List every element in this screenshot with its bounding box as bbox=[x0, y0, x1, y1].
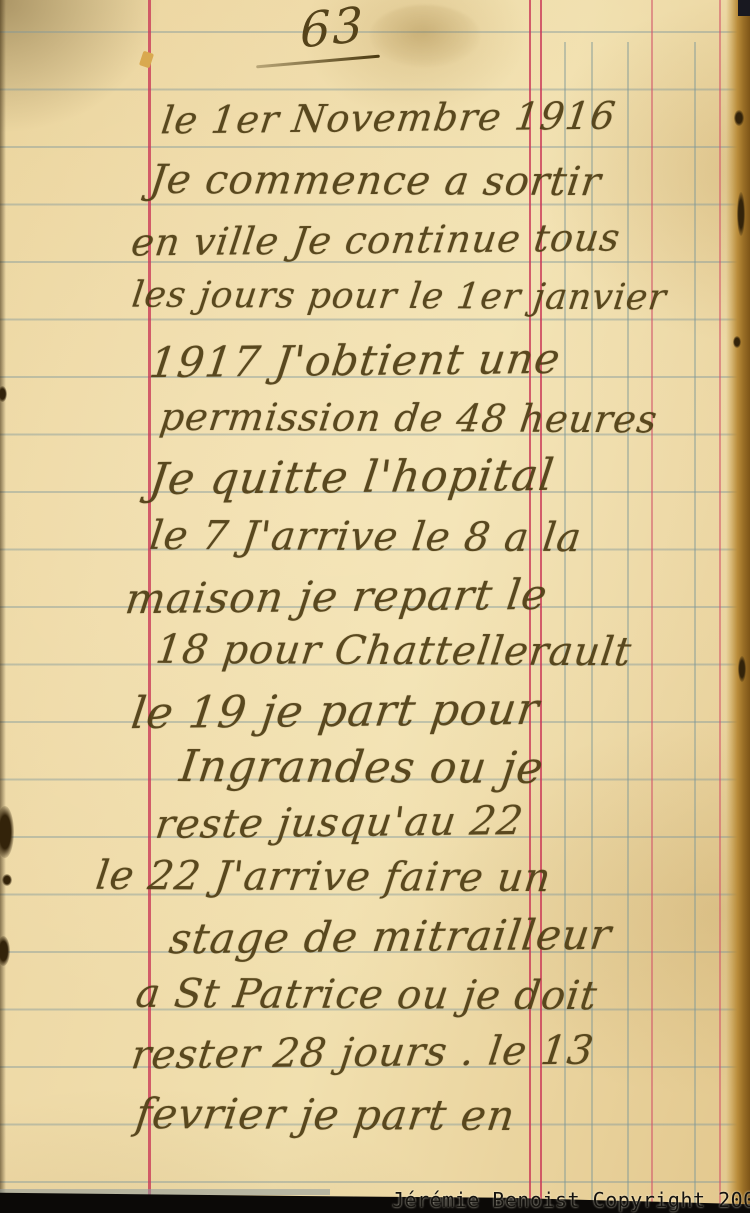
handwriting-line: Je quitte l'hopital bbox=[146, 450, 557, 505]
right-rule-line-1 bbox=[651, 0, 653, 1213]
handwriting-line: le 22 J'arrive faire un bbox=[93, 853, 554, 901]
handwriting-line: rester 28 jours . le 13 bbox=[129, 1028, 597, 1079]
top-right-corner-shadow bbox=[738, 0, 750, 16]
binding-stain bbox=[2, 874, 12, 886]
handwriting-line: le 1er Novembre 1916 bbox=[159, 94, 619, 143]
page-number: 63 bbox=[300, 0, 365, 60]
handwriting-line: 18 pour Chattellerault bbox=[153, 627, 634, 675]
right-page-edge bbox=[726, 0, 750, 1213]
handwriting-line: reste jusqu'au 22 bbox=[153, 798, 527, 848]
edge-stain bbox=[738, 656, 746, 682]
handwriting-line: en ville Je continue tous bbox=[129, 215, 623, 264]
handwriting-line: Je commence a sortir bbox=[147, 157, 604, 205]
right-rule-line-2 bbox=[719, 0, 721, 1213]
copyright-watermark: Jérémie Benoist Copyright 2008 bbox=[392, 1188, 750, 1212]
ink-stamp-smudge bbox=[370, 5, 480, 67]
handwriting-line: permission de 48 heures bbox=[157, 395, 660, 442]
column-line-3 bbox=[627, 42, 629, 1213]
edge-stain bbox=[737, 192, 745, 236]
handwriting-line: le 19 je part pour bbox=[128, 684, 542, 739]
handwriting-line: Ingrandes ou je bbox=[177, 741, 547, 794]
handwriting-line: les jours pour le 1er janvier bbox=[130, 275, 670, 319]
handwriting-line: maison je repart le bbox=[123, 570, 551, 623]
handwriting-line: le 7 J'arrive le 8 a la bbox=[147, 513, 584, 561]
column-line-4 bbox=[694, 42, 696, 1213]
edge-stain bbox=[734, 110, 744, 126]
handwriting-line: fevrier je part en bbox=[133, 1089, 518, 1140]
edge-stain bbox=[733, 336, 741, 348]
handwriting-line: a St Patrice ou je doit bbox=[133, 971, 600, 1019]
left-page-edge bbox=[0, 0, 6, 1213]
handwriting-line: stage de mitrailleur bbox=[167, 910, 615, 964]
handwriting-line: 1917 J'obtient une bbox=[147, 334, 564, 387]
notebook-page-scan: 63 le 1er Novembre 1916Je commence a sor… bbox=[0, 0, 750, 1213]
